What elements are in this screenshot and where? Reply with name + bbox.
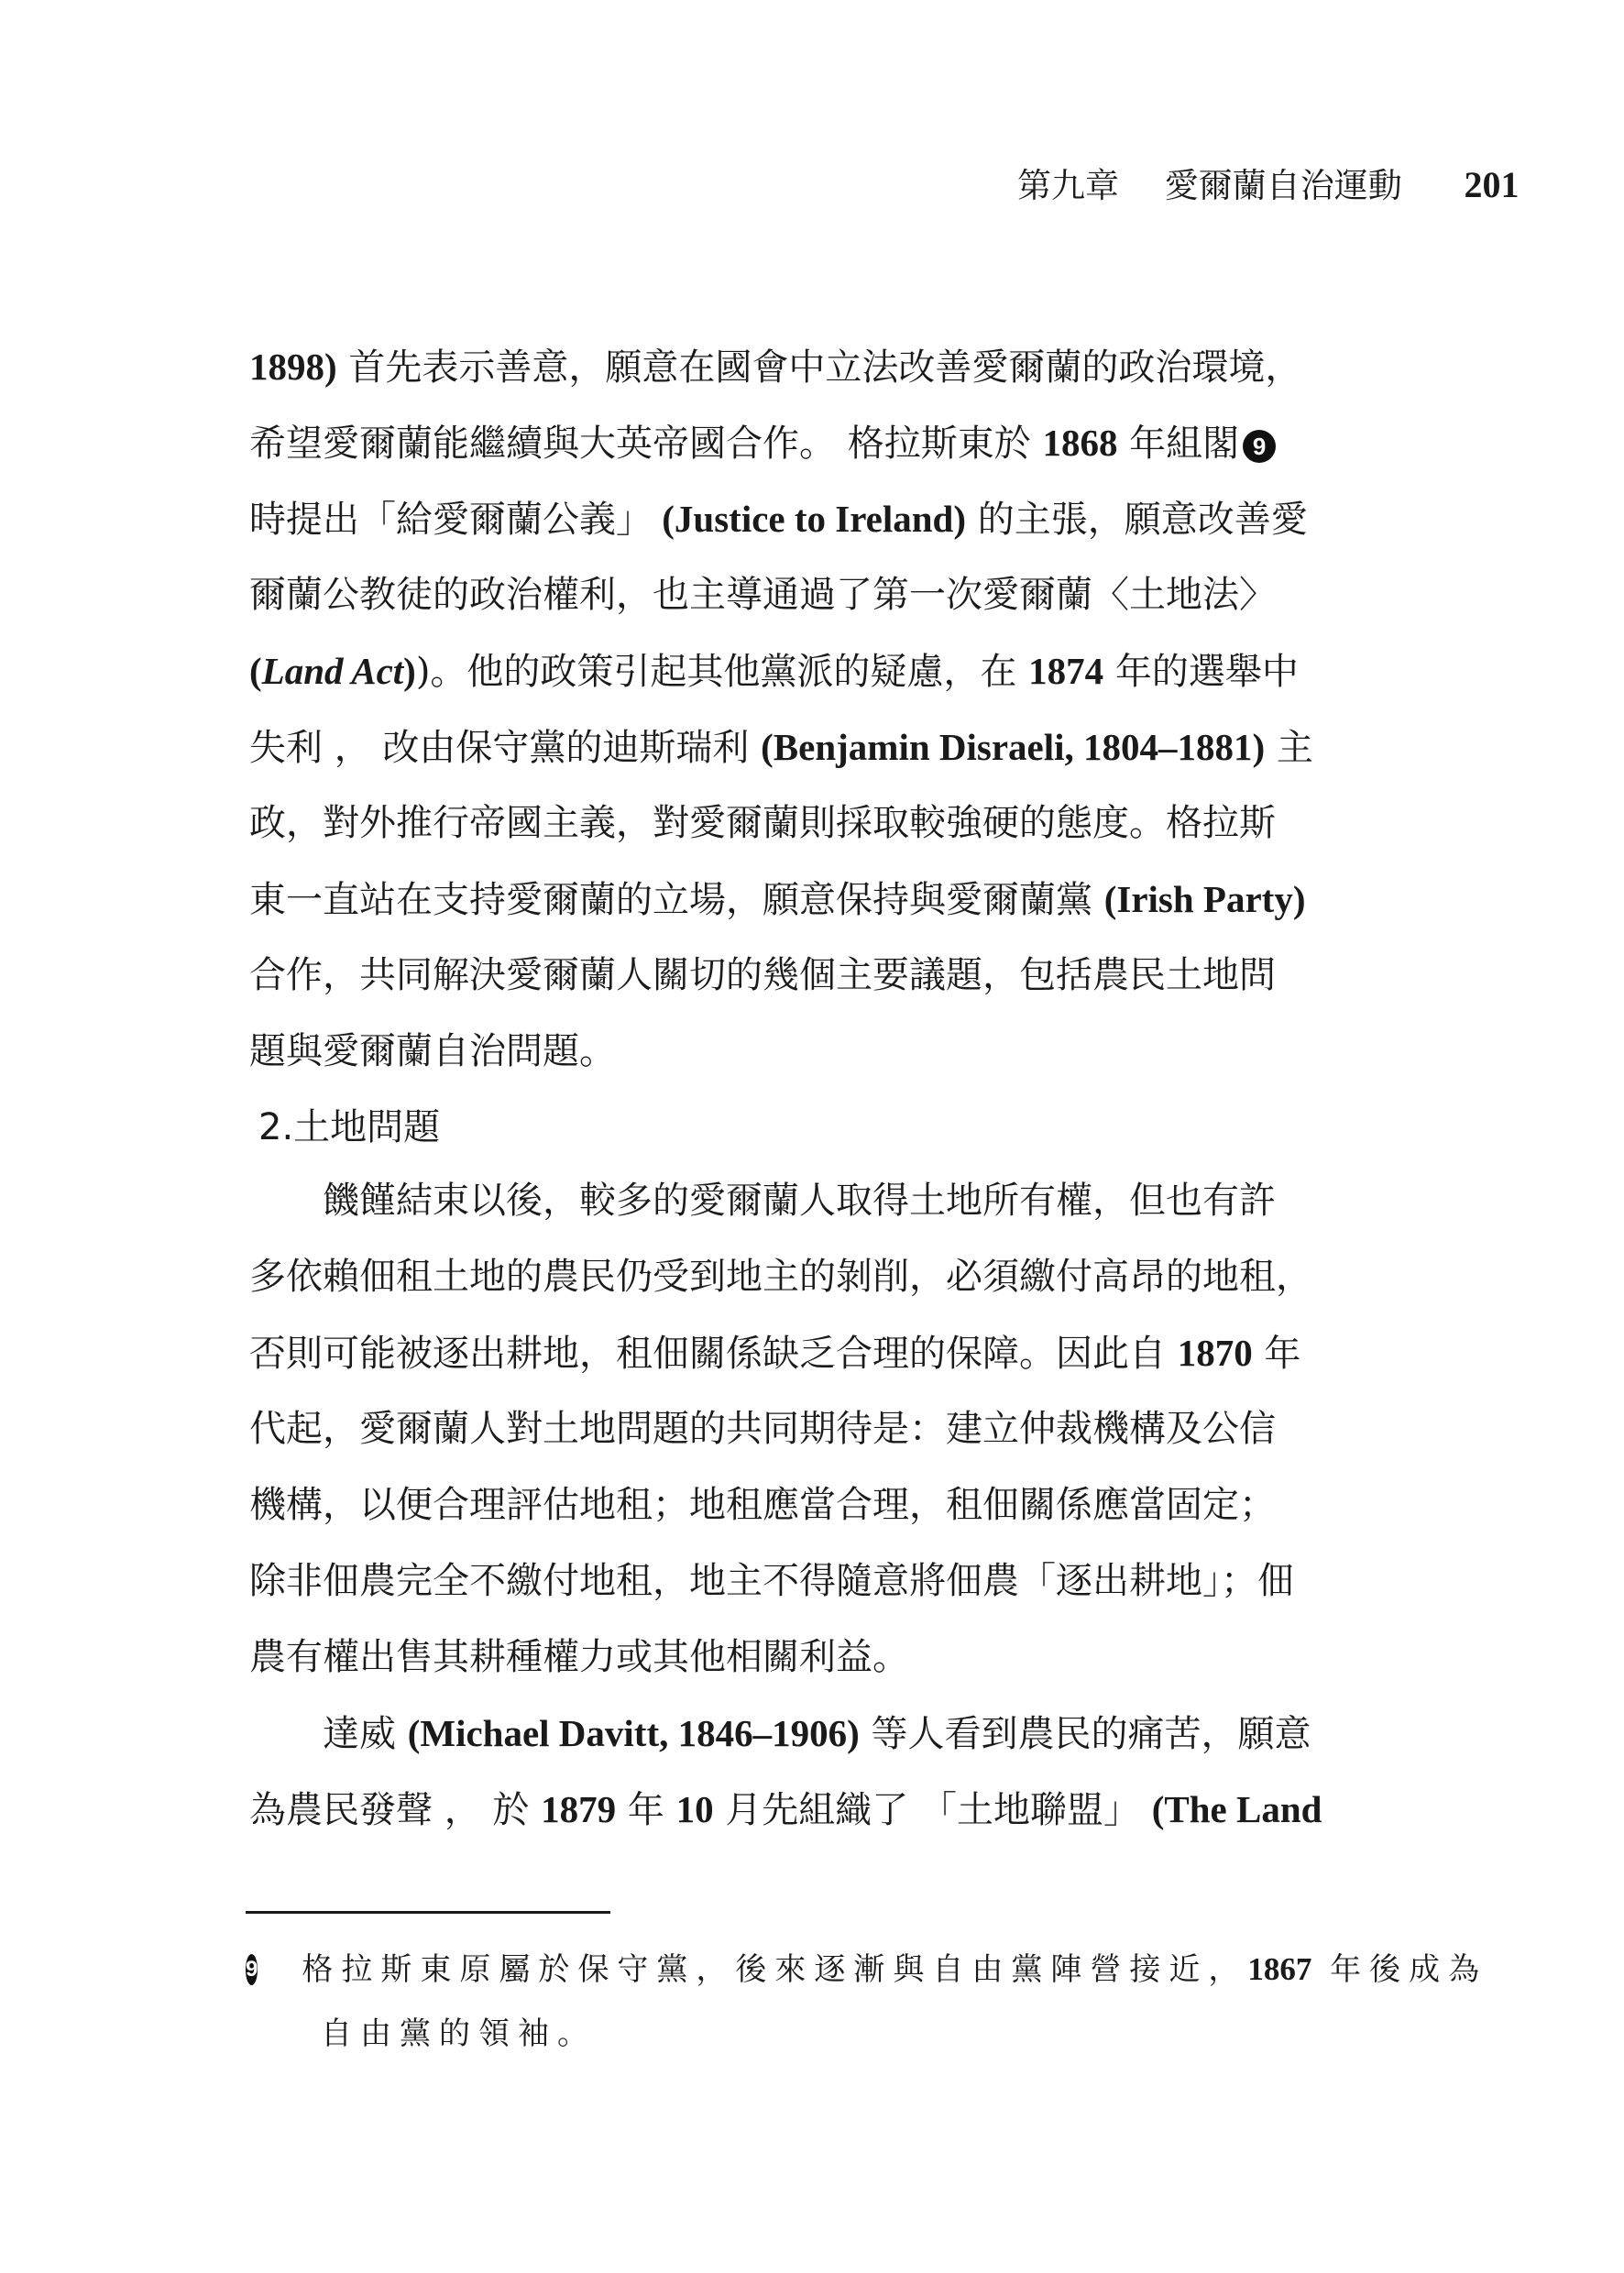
text-line: 東一直站在支持愛爾蘭的立場，願意保持與愛爾蘭黨 (Irish Party) xyxy=(249,872,1411,948)
text-line: 合作，共同解決愛爾蘭人關切的幾個主要議題，包括農民土地問 xyxy=(249,948,1411,1024)
text-line: 時提出「給愛爾蘭公義」 (Justice to Ireland) 的主張，願意改… xyxy=(249,491,1411,567)
running-header: 第九章 愛爾蘭自治運動 201 xyxy=(1017,158,1531,213)
chapter-label: 第九章 xyxy=(1017,166,1119,205)
footnote-line: 9 格拉斯東原屬於保守黨，後來逐漸與自由黨陣營接近，1867 年後成為 xyxy=(246,1948,1410,2012)
text-line: 政，對外推行帝國主義，對愛爾蘭則採取較強硬的態度。格拉斯 xyxy=(249,796,1411,872)
chapter-title: 愛爾蘭自治運動 xyxy=(1165,166,1402,205)
text-line: 機構，以便合理評估地租；地租應當合理，租佃關係應當固定； xyxy=(249,1477,1411,1554)
text-line: 失利 ， 改由保守黨的迪斯瑞利 (Benjamin Disraeli, 1804… xyxy=(249,719,1411,796)
text-line: 1898) 首先表示善意，願意在國會中立法改善愛爾蘭的政治環境， xyxy=(249,339,1411,415)
footnote-divider xyxy=(246,1911,610,1914)
text-line: 爾蘭公教徒的政治權利，也主導通過了第一次愛爾蘭〈土地法〉 xyxy=(249,567,1411,643)
text-line: 為農民發聲 ， 於 1879 年 10 月先組織了 「土地聯盟」 (The La… xyxy=(249,1782,1411,1858)
text-line: (Land Act))。他的政策引起其他黨派的疑慮，在 1874 年的選舉中 xyxy=(249,643,1411,719)
footnote-number-icon: 9 xyxy=(246,1954,258,1985)
paragraph-3: 達威 (Michael Davitt, 1846–1906) 等人看到農民的痛苦… xyxy=(249,1706,1411,1858)
footnote: 9 格拉斯東原屬於保守黨，後來逐漸與自由黨陣營接近，1867 年後成為 自由黨的… xyxy=(246,1948,1410,2076)
footnote-reference-icon[interactable]: 9 xyxy=(1243,430,1276,463)
section-heading: 2.土地問題 xyxy=(258,1100,1411,1173)
body-text: 1898) 首先表示善意，願意在國會中立法改善愛爾蘭的政治環境， 希望愛爾蘭能繼… xyxy=(249,339,1411,1858)
text-line: 多依賴佃租土地的農民仍受到地主的剝削，必須繳付高昂的地租， xyxy=(249,1249,1411,1325)
text-line: 達威 (Michael Davitt, 1846–1906) 等人看到農民的痛苦… xyxy=(249,1706,1411,1782)
text-line: 代起，愛爾蘭人對土地問題的共同期待是：建立仲裁機構及公信 xyxy=(249,1401,1411,1477)
footnote-line: 自由黨的領袖。 xyxy=(246,2012,1410,2076)
page-number: 201 xyxy=(1465,164,1520,205)
text-line: 饑饉結束以後，較多的愛爾蘭人取得土地所有權，但也有許 xyxy=(249,1173,1411,1249)
text-line: 題與愛爾蘭自治問題。 xyxy=(249,1024,1411,1100)
paragraph-2: 饑饉結束以後，較多的愛爾蘭人取得土地所有權，但也有許 多依賴佃租土地的農民仍受到… xyxy=(249,1173,1411,1706)
text-line: 否則可能被逐出耕地，租佃關係缺乏合理的保障。因此自 1870 年 xyxy=(249,1325,1411,1401)
text-line: 除非佃農完全不繳付地租，地主不得隨意將佃農「逐出耕地」；佃 xyxy=(249,1554,1411,1630)
text-line: 農有權出售其耕種權力或其他相關利益。 xyxy=(249,1630,1411,1706)
text-line: 希望愛爾蘭能繼續與大英帝國合作。 格拉斯東於 1868 年組閣9 xyxy=(249,415,1411,491)
paragraph-1: 1898) 首先表示善意，願意在國會中立法改善愛爾蘭的政治環境， 希望愛爾蘭能繼… xyxy=(249,339,1411,1100)
